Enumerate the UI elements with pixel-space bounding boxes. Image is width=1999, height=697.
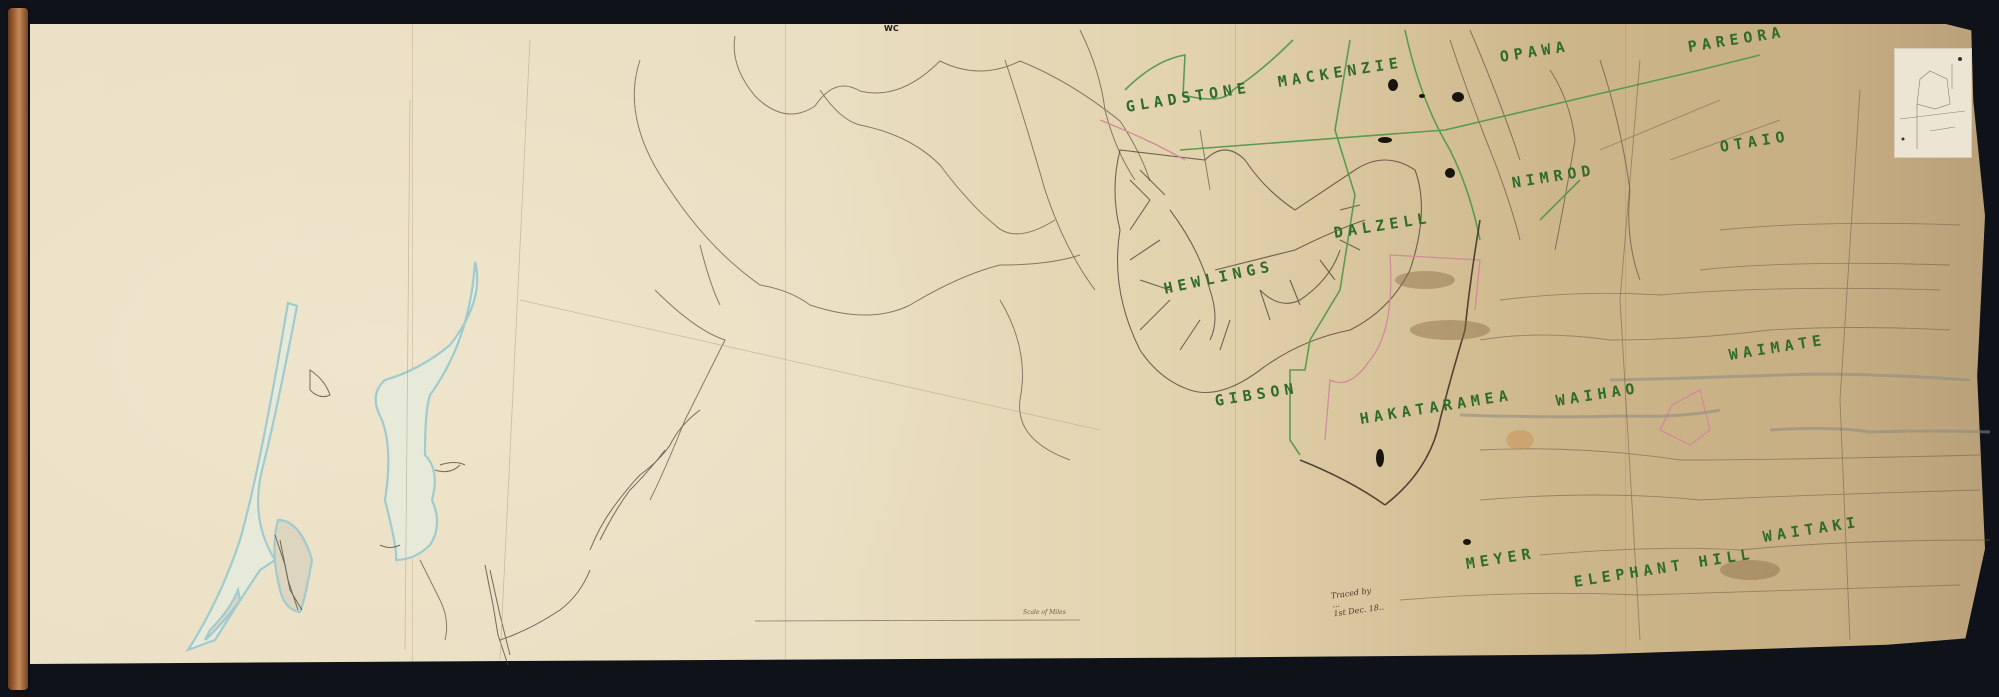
- fold-line: [1235, 24, 1236, 664]
- scroll-rod: [8, 8, 28, 690]
- top-stamp: WC: [884, 24, 899, 33]
- inset-plan: [1894, 48, 1972, 158]
- inset-drawing: [1895, 49, 1971, 157]
- fold-line: [785, 24, 786, 664]
- fold-line: [412, 24, 413, 664]
- scale-label: Scale of Miles: [1023, 609, 1066, 616]
